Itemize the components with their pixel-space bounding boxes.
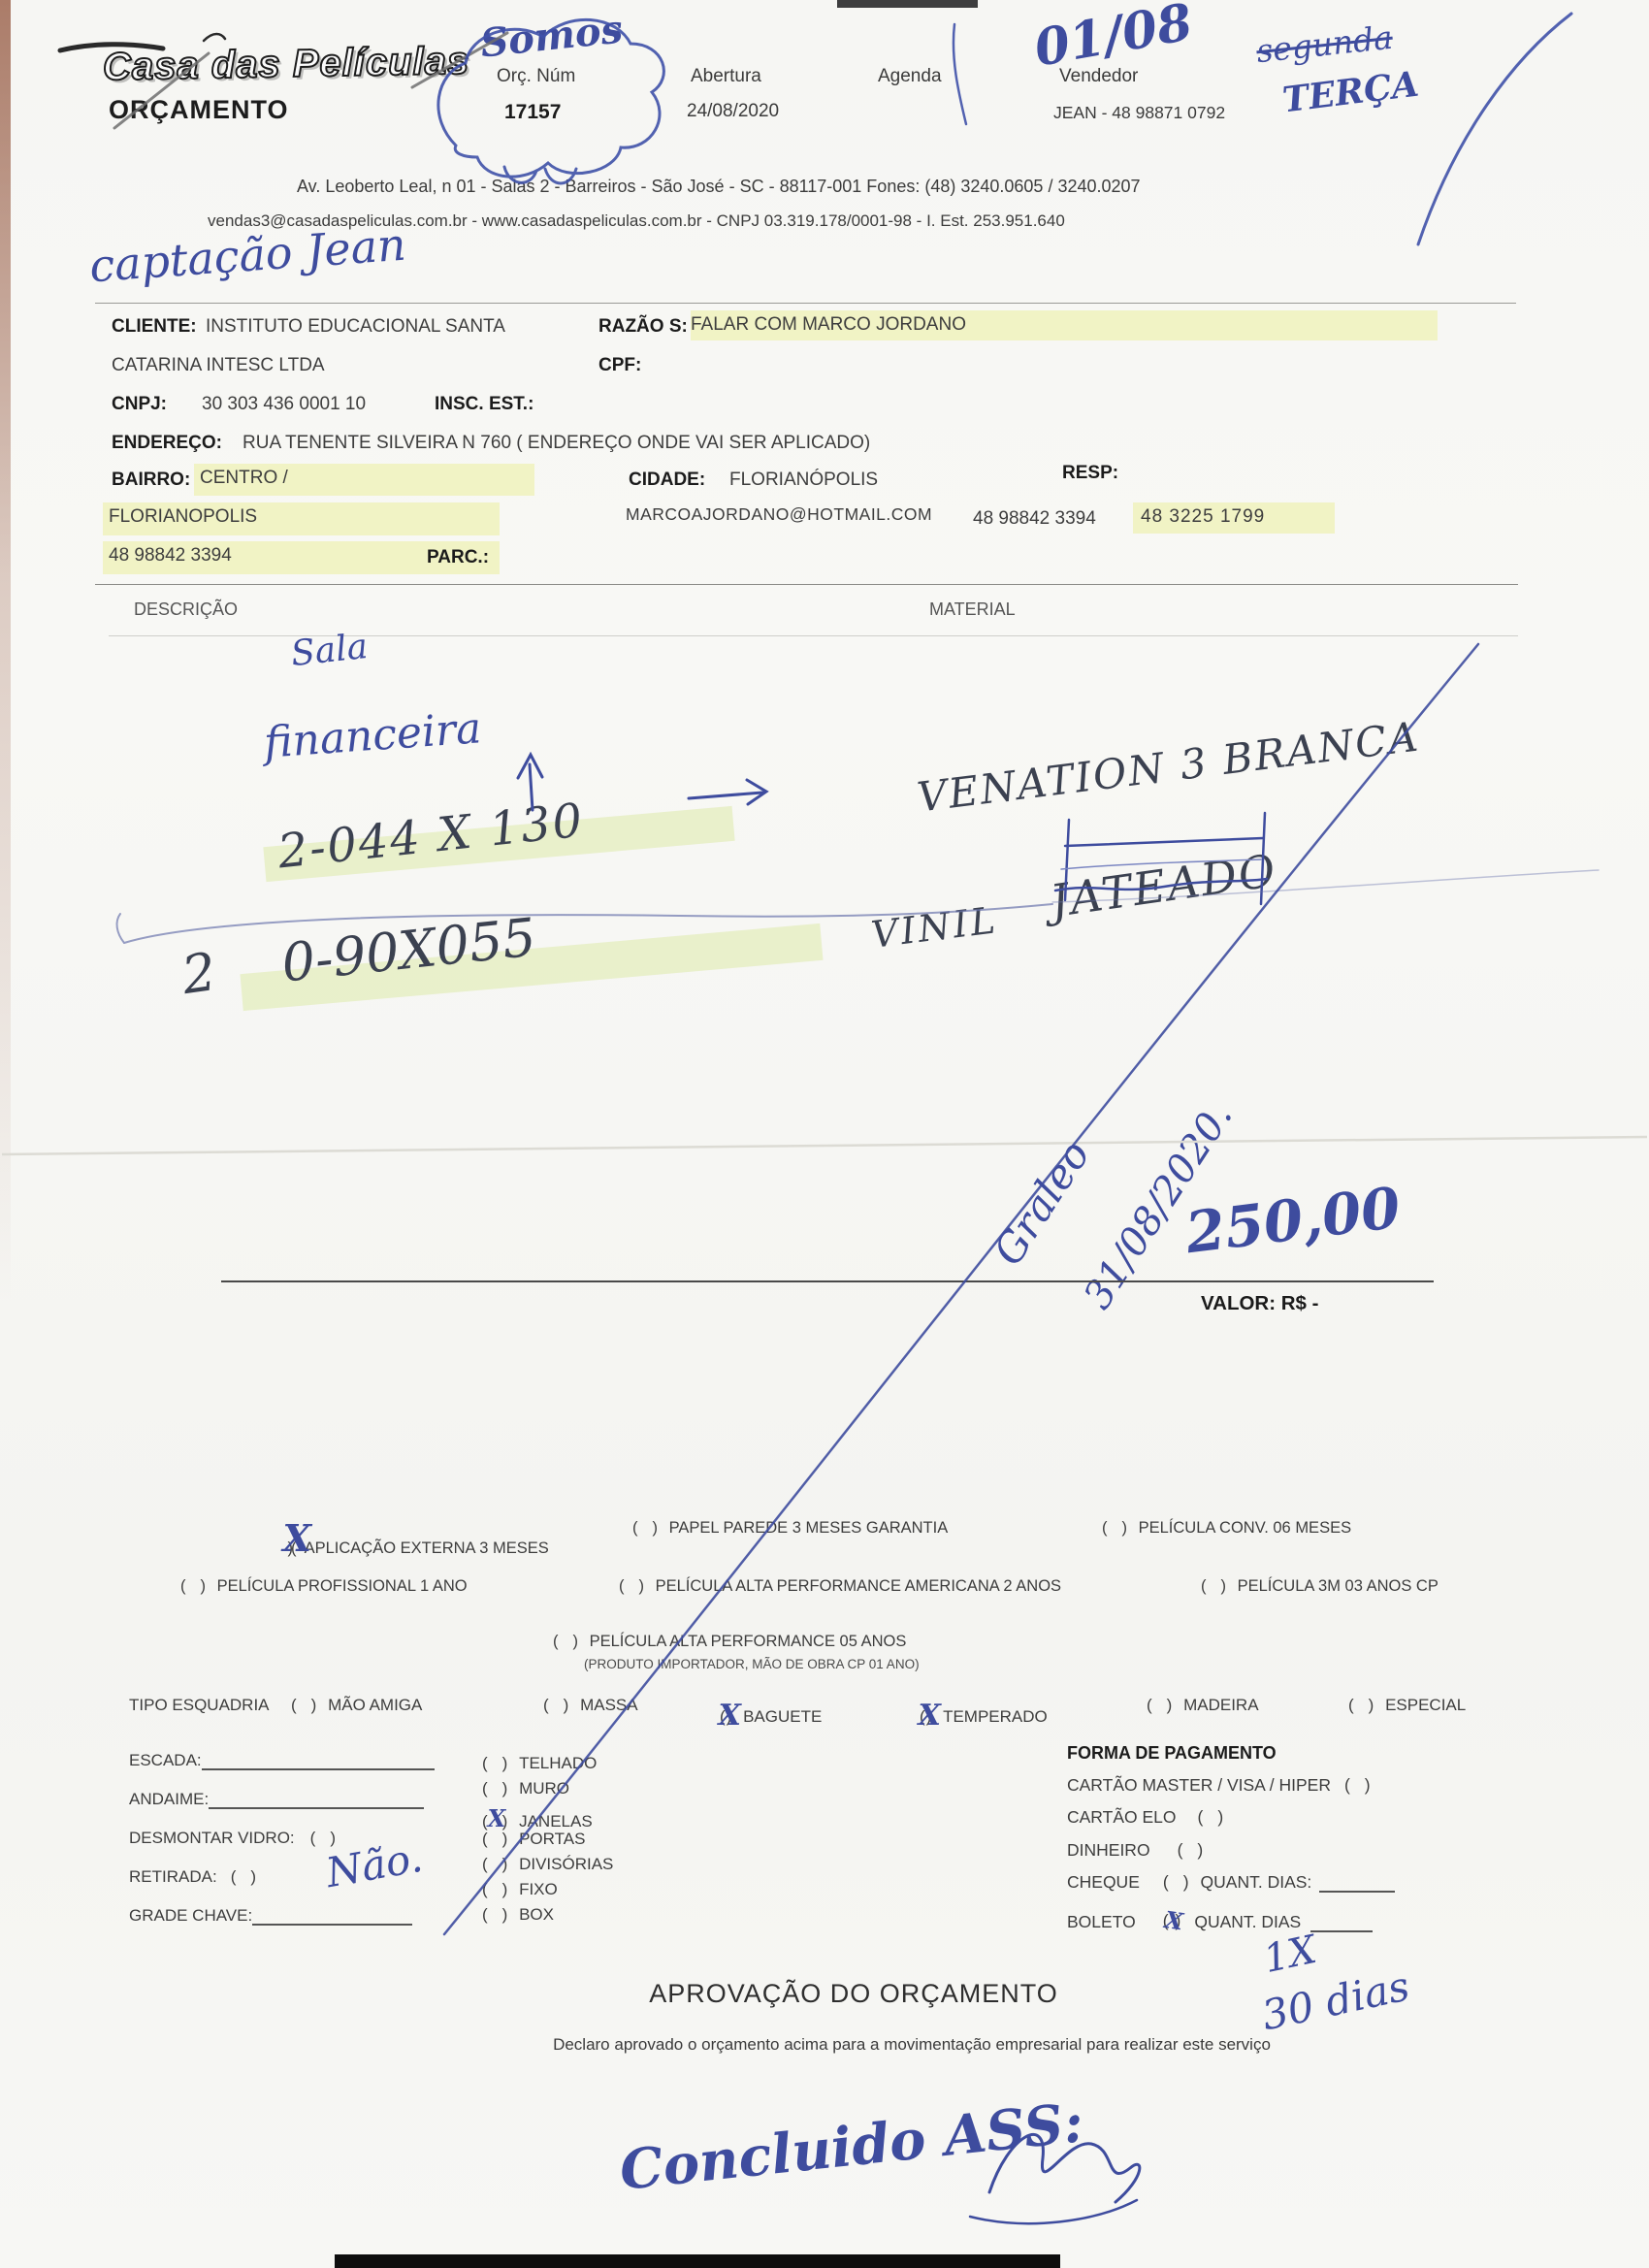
scanned-budget-form: Casa das Películas ORÇAMENTO Orç. Núm 17… bbox=[0, 0, 1649, 2268]
paper-crease bbox=[2, 1137, 1647, 1154]
hand-drawn-right-curve bbox=[954, 14, 1571, 244]
long-hand-line bbox=[117, 870, 1599, 943]
diagonal-pen-stroke bbox=[444, 644, 1478, 1934]
venetian-blind-sketch bbox=[1055, 813, 1267, 904]
up-arrow bbox=[518, 755, 542, 810]
ink-annotations-layer bbox=[0, 0, 1649, 2268]
right-arrow bbox=[689, 780, 766, 804]
pen-streak-top-left bbox=[60, 34, 225, 50]
hand-drawn-cloud bbox=[438, 19, 663, 183]
approval-signature-scribble bbox=[970, 2134, 1140, 2223]
slash-through-logo bbox=[114, 33, 507, 128]
